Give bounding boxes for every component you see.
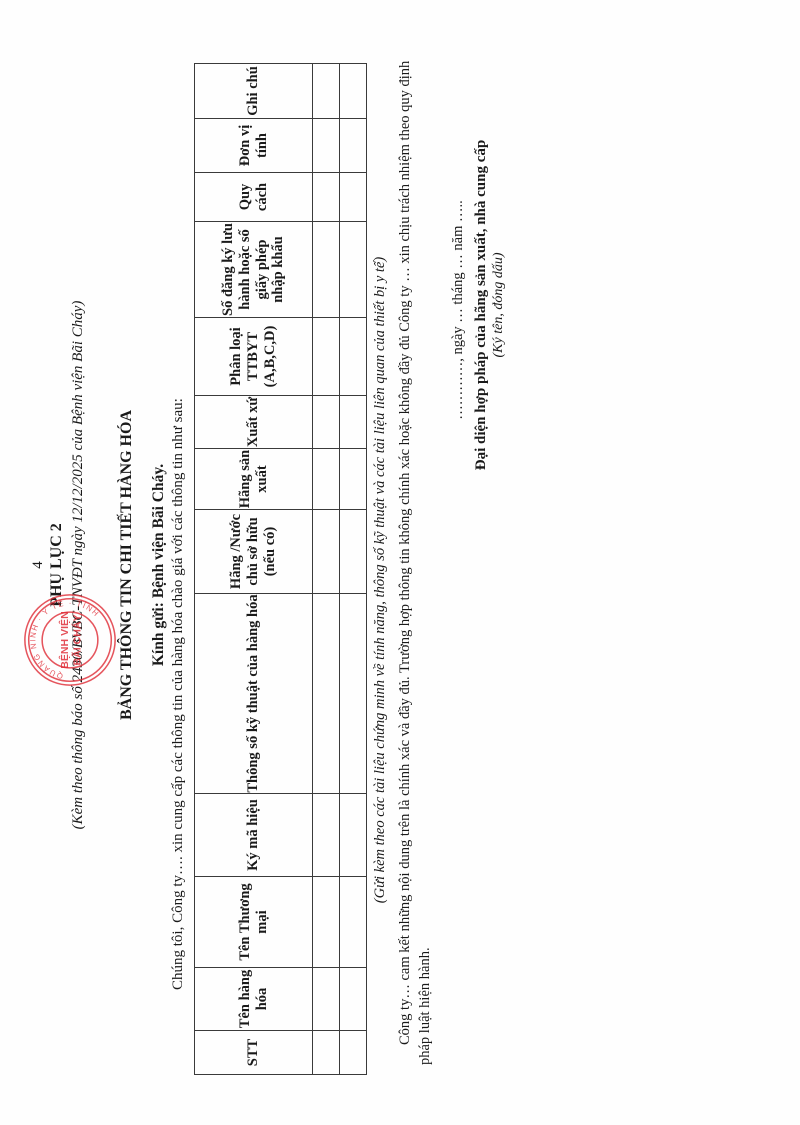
table-cell bbox=[340, 222, 367, 318]
table-cell bbox=[340, 794, 367, 877]
intro-text: Chúng tôi, Công ty…. xin cung cấp các th… bbox=[170, 190, 187, 990]
stamp-line-1: BỆNH VIỆN bbox=[58, 611, 71, 668]
table-row bbox=[313, 64, 340, 1075]
table-cell bbox=[313, 968, 340, 1031]
table-cell bbox=[313, 173, 340, 222]
table-cell bbox=[340, 64, 367, 119]
table-cell bbox=[340, 318, 367, 396]
table-cell bbox=[340, 449, 367, 510]
footnote-text: (Gửi kèm theo các tài liệu chứng minh về… bbox=[372, 85, 389, 1075]
table-cell bbox=[313, 222, 340, 318]
header-manufacturer: Hãng sản xuất bbox=[195, 449, 313, 510]
stamp-line-2: BÃI CHÁY bbox=[71, 615, 84, 666]
table-cell bbox=[340, 1031, 367, 1075]
header-origin: Xuất xứ bbox=[195, 396, 313, 449]
form-title: BẢNG THÔNG TIN CHI TIẾT HÀNG HÓA bbox=[118, 345, 136, 785]
recipient-line: Kính gửi: Bệnh viện Bãi Cháy. bbox=[150, 385, 168, 745]
page-number: 4 bbox=[30, 545, 47, 585]
header-notes: Ghi chú bbox=[195, 64, 313, 119]
signature-hint: (Ký tên, đóng dấu) bbox=[491, 105, 507, 505]
header-unit: Đơn vị tính bbox=[195, 119, 313, 173]
table-cell bbox=[313, 594, 340, 794]
table-cell bbox=[340, 877, 367, 968]
table-cell bbox=[340, 968, 367, 1031]
scanned-page-frame: 4 PHỤ LỤC 2 (Kèm theo thông báo số 2430/… bbox=[0, 0, 800, 1125]
table-cell bbox=[340, 594, 367, 794]
table-cell bbox=[340, 396, 367, 449]
table-cell bbox=[313, 318, 340, 396]
table-cell bbox=[340, 119, 367, 173]
commitment-paragraph: Công ty… cam kết những nội dung trên là … bbox=[396, 55, 435, 1065]
signer-title: Đại diện hợp pháp của hãng sản xuất, nhà… bbox=[473, 45, 490, 565]
header-packaging: Quy cách bbox=[195, 173, 313, 222]
table-cell bbox=[313, 510, 340, 594]
table-cell bbox=[313, 1031, 340, 1075]
header-trade-name: Tên Thương mại bbox=[195, 877, 313, 968]
header-device-class: Phân loại TTBYT (A,B,C,D) bbox=[195, 318, 313, 396]
header-owner-country: Hãng /Nước chủ sở hữu (nếu có) bbox=[195, 510, 313, 594]
table-cell bbox=[313, 449, 340, 510]
table-cell bbox=[313, 119, 340, 173]
table-header-row: STT Tên hàng hóa Tên Thương mại Ký mã hi… bbox=[195, 64, 313, 1075]
header-stt: STT bbox=[195, 1031, 313, 1075]
header-model-code: Ký mã hiệu bbox=[195, 794, 313, 877]
goods-detail-table: STT Tên hàng hóa Tên Thương mại Ký mã hi… bbox=[194, 63, 367, 1075]
document-page: 4 PHỤ LỤC 2 (Kèm theo thông báo số 2430/… bbox=[0, 0, 800, 1125]
header-technical-specs: Thông số kỹ thuật của hàng hóa bbox=[195, 594, 313, 794]
attachment-note: (Kèm theo thông báo số 2430/BVBC-TNVĐT n… bbox=[70, 205, 87, 925]
table-cell bbox=[313, 794, 340, 877]
table-row bbox=[340, 64, 367, 1075]
header-registration-number: Số đăng ký lưu hành hoặc số giấy phép nh… bbox=[195, 222, 313, 318]
table-cell bbox=[340, 510, 367, 594]
table-cell bbox=[313, 64, 340, 119]
header-goods-name: Tên hàng hóa bbox=[195, 968, 313, 1031]
date-line: …………, ngày … tháng … năm ….. bbox=[450, 110, 467, 510]
table-cell bbox=[340, 173, 367, 222]
hospital-stamp-icon: QUẢNG NINH · Y TẾ · TỈNH BỆNH VIỆN BÃI C… bbox=[22, 592, 118, 688]
table-cell bbox=[313, 877, 340, 968]
table-cell bbox=[313, 396, 340, 449]
